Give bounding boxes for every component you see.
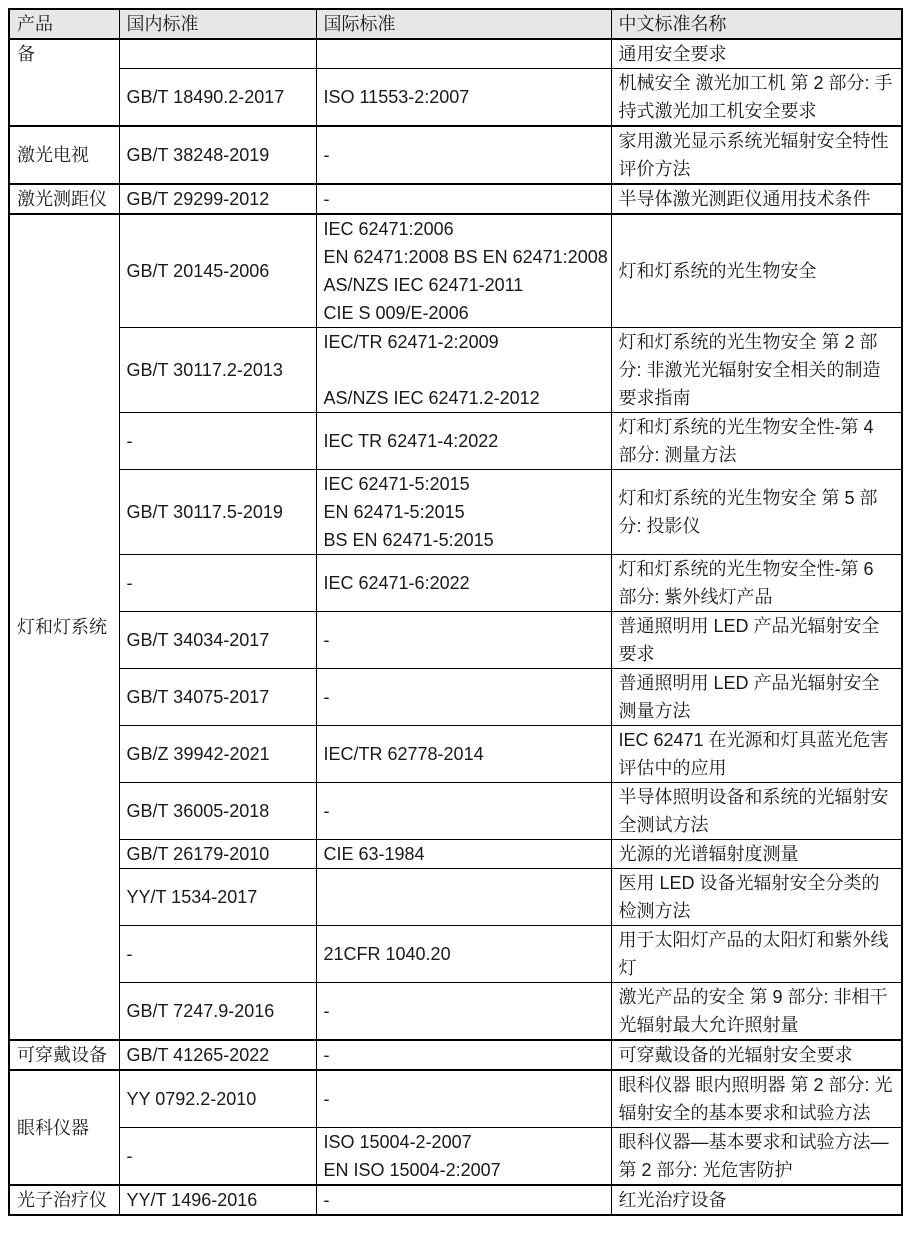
table-row: 可穿戴设备GB/T 41265-2022-可穿戴设备的光辐射安全要求 [9,1040,902,1070]
standard-name-cell: 灯和灯系统的光生物安全性-第 6 部分: 紫外线灯产品 [611,555,902,612]
product-cell: 激光电视 [9,126,119,184]
standard-name-cell: 用于太阳灯产品的太阳灯和紫外线灯 [611,926,902,983]
standard-name-cell: 半导体照明设备和系统的光辐射安全测试方法 [611,783,902,840]
international-standard-cell: IEC 62471:2006 EN 62471:2008 BS EN 62471… [316,214,611,328]
table-row: 激光电视GB/T 38248-2019-家用激光显示系统光辐射安全特性评价方法 [9,126,902,184]
product-cell: 光子治疗仪 [9,1185,119,1215]
table-row: 产品 国内标准 国际标准 中文标准名称 [9,9,902,39]
domestic-standard-cell: GB/T 18490.2-2017 [119,69,316,127]
international-standard-cell: CIE 63-1984 [316,840,611,869]
standard-name-cell: 红光治疗设备 [611,1185,902,1215]
col-header-domestic-standard: 国内标准 [119,9,316,39]
standard-name-cell: 通用安全要求 [611,39,902,69]
standard-name-cell: 眼科仪器 眼内照明器 第 2 部分: 光辐射安全的基本要求和试验方法 [611,1070,902,1128]
standard-name-cell: 灯和灯系统的光生物安全 [611,214,902,328]
col-header-product: 产品 [9,9,119,39]
table-row: GB/T 34075-2017-普通照明用 LED 产品光辐射安全测量方法 [9,669,902,726]
domestic-standard-cell: - [119,1128,316,1186]
domestic-standard-cell: GB/T 34075-2017 [119,669,316,726]
domestic-standard-cell: GB/T 29299-2012 [119,184,316,214]
table-row: 眼科仪器YY 0792.2-2010-眼科仪器 眼内照明器 第 2 部分: 光辐… [9,1070,902,1128]
col-header-international-standard: 国际标准 [316,9,611,39]
international-standard-cell: ISO 11553-2:2007 [316,69,611,127]
domestic-standard-cell: GB/Z 39942-2021 [119,726,316,783]
table-row: -IEC TR 62471-4:2022灯和灯系统的光生物安全性-第 4 部分:… [9,413,902,470]
international-standard-cell: IEC 62471-5:2015 EN 62471-5:2015 BS EN 6… [316,470,611,555]
standard-name-cell: 灯和灯系统的光生物安全 第 2 部分: 非激光光辐射安全相关的制造要求指南 [611,328,902,413]
international-standard-cell: - [316,669,611,726]
international-standard-cell: IEC 62471-6:2022 [316,555,611,612]
product-cell: 灯和灯系统 [9,214,119,1040]
international-standard-cell: - [316,1070,611,1128]
product-cell: 备 [9,39,119,126]
international-standard-cell: - [316,612,611,669]
standard-name-cell: 眼科仪器—基本要求和试验方法—第 2 部分: 光危害防护 [611,1128,902,1186]
standard-name-cell: IEC 62471 在光源和灯具蓝光危害评估中的应用 [611,726,902,783]
domestic-standard-cell: GB/T 20145-2006 [119,214,316,328]
table-row: GB/T 34034-2017-普通照明用 LED 产品光辐射安全要求 [9,612,902,669]
table-row: 光子治疗仪YY/T 1496-2016-红光治疗设备 [9,1185,902,1215]
international-standard-cell: - [316,1040,611,1070]
domestic-standard-cell: YY/T 1496-2016 [119,1185,316,1215]
standard-name-cell: 医用 LED 设备光辐射安全分类的检测方法 [611,869,902,926]
table-row: -IEC 62471-6:2022灯和灯系统的光生物安全性-第 6 部分: 紫外… [9,555,902,612]
standard-name-cell: 家用激光显示系统光辐射安全特性评价方法 [611,126,902,184]
col-header-standard-name: 中文标准名称 [611,9,902,39]
domestic-standard-cell: YY/T 1534-2017 [119,869,316,926]
standard-name-cell: 激光产品的安全 第 9 部分: 非相干光辐射最大允许照射量 [611,983,902,1041]
standard-name-cell: 半导体激光测距仪通用技术条件 [611,184,902,214]
product-cell: 可穿戴设备 [9,1040,119,1070]
domestic-standard-cell: GB/T 36005-2018 [119,783,316,840]
table-row: GB/T 36005-2018-半导体照明设备和系统的光辐射安全测试方法 [9,783,902,840]
product-cell: 激光测距仪 [9,184,119,214]
standards-table: 产品 国内标准 国际标准 中文标准名称 备通用安全要求GB/T 18490.2-… [8,8,903,1216]
international-standard-cell: IEC/TR 62778-2014 [316,726,611,783]
standard-name-cell: 普通照明用 LED 产品光辐射安全测量方法 [611,669,902,726]
table-row: GB/T 26179-2010CIE 63-1984光源的光谱辐射度测量 [9,840,902,869]
domestic-standard-cell: GB/T 38248-2019 [119,126,316,184]
domestic-standard-cell: GB/T 7247.9-2016 [119,983,316,1041]
standard-name-cell: 光源的光谱辐射度测量 [611,840,902,869]
domestic-standard-cell [119,39,316,69]
international-standard-cell: ISO 15004-2-2007 EN ISO 15004-2:2007 [316,1128,611,1186]
domestic-standard-cell: GB/T 30117.5-2019 [119,470,316,555]
international-standard-cell: 21CFR 1040.20 [316,926,611,983]
domestic-standard-cell: YY 0792.2-2010 [119,1070,316,1128]
product-cell: 眼科仪器 [9,1070,119,1185]
table-row: GB/T 30117.2-2013IEC/TR 62471-2:2009 AS/… [9,328,902,413]
table-row: GB/Z 39942-2021IEC/TR 62778-2014IEC 6247… [9,726,902,783]
international-standard-cell: - [316,983,611,1041]
table-row: GB/T 7247.9-2016-激光产品的安全 第 9 部分: 非相干光辐射最… [9,983,902,1041]
domestic-standard-cell: GB/T 26179-2010 [119,840,316,869]
domestic-standard-cell: GB/T 41265-2022 [119,1040,316,1070]
international-standard-cell [316,869,611,926]
table-row: 激光测距仪GB/T 29299-2012-半导体激光测距仪通用技术条件 [9,184,902,214]
international-standard-cell: - [316,783,611,840]
table-row: -ISO 15004-2-2007 EN ISO 15004-2:2007眼科仪… [9,1128,902,1186]
international-standard-cell: IEC/TR 62471-2:2009 AS/NZS IEC 62471.2-2… [316,328,611,413]
standards-table-body: 备通用安全要求GB/T 18490.2-2017ISO 11553-2:2007… [9,39,902,1215]
domestic-standard-cell: - [119,555,316,612]
table-row: YY/T 1534-2017医用 LED 设备光辐射安全分类的检测方法 [9,869,902,926]
domestic-standard-cell: - [119,926,316,983]
table-row: GB/T 30117.5-2019IEC 62471-5:2015 EN 624… [9,470,902,555]
international-standard-cell: IEC TR 62471-4:2022 [316,413,611,470]
standard-name-cell: 可穿戴设备的光辐射安全要求 [611,1040,902,1070]
table-header-row: 产品 国内标准 国际标准 中文标准名称 [9,9,902,39]
standard-name-cell: 灯和灯系统的光生物安全性-第 4 部分: 测量方法 [611,413,902,470]
domestic-standard-cell: GB/T 30117.2-2013 [119,328,316,413]
table-row: 备通用安全要求 [9,39,902,69]
standard-name-cell: 灯和灯系统的光生物安全 第 5 部分: 投影仪 [611,470,902,555]
table-row: 灯和灯系统GB/T 20145-2006IEC 62471:2006 EN 62… [9,214,902,328]
international-standard-cell: - [316,1185,611,1215]
international-standard-cell: - [316,126,611,184]
standard-name-cell: 机械安全 激光加工机 第 2 部分: 手持式激光加工机安全要求 [611,69,902,127]
international-standard-cell: - [316,184,611,214]
domestic-standard-cell: - [119,413,316,470]
table-row: -21CFR 1040.20用于太阳灯产品的太阳灯和紫外线灯 [9,926,902,983]
domestic-standard-cell: GB/T 34034-2017 [119,612,316,669]
standard-name-cell: 普通照明用 LED 产品光辐射安全要求 [611,612,902,669]
international-standard-cell [316,39,611,69]
table-row: GB/T 18490.2-2017ISO 11553-2:2007机械安全 激光… [9,69,902,127]
